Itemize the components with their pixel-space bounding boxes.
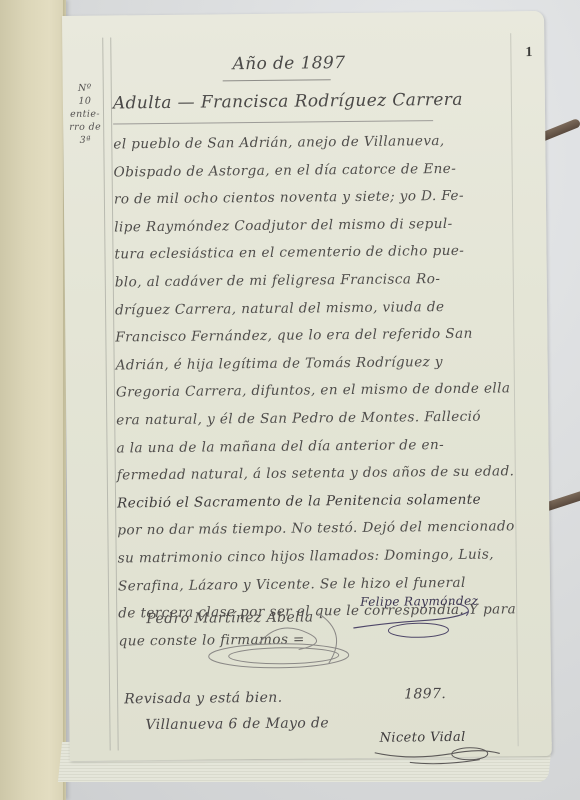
entry-heading-underline	[113, 120, 433, 124]
entry-line: Recibió el Sacramento de la Penitencia s…	[117, 486, 527, 518]
entry-line: a la una de la mañana del día anterior d…	[116, 431, 526, 463]
entry-line: Francisco Fernández, que lo era del refe…	[115, 320, 525, 352]
entry-line: su matrimonio cinco hijos llamados: Domi…	[118, 541, 528, 573]
margin-note-line: entie-	[67, 108, 103, 121]
revision-year: 1897.	[404, 686, 446, 702]
entry-line: Obispado de Astorga, en el día catorce d…	[114, 155, 524, 187]
entry-line: dríguez Carrera, natural del mismo, viud…	[115, 293, 525, 325]
margin-note-line: Nº	[67, 82, 103, 95]
left-page-edge	[0, 0, 66, 800]
entry-line: lipe Raymóndez Coadjutor del mismo di se…	[114, 210, 524, 242]
entry-line: Adrián, é hija legítima de Tomás Rodrígu…	[116, 348, 526, 380]
entry-line: era natural, y él de San Pedro de Montes…	[116, 403, 526, 435]
entry-line: Gregoria Carrera, difuntos, en el mismo …	[116, 376, 526, 408]
revision-note: Revisada y está bien.	[124, 690, 283, 708]
entry-number-margin-note: Nº 10 entie- rro de 3ª	[67, 82, 104, 147]
year-title: Año de 1897	[232, 53, 345, 74]
register-page: 1 Año de 1897 Nº 10 entie- rro de 3ª Adu…	[62, 11, 552, 761]
revision-place-date: Villanueva 6 de Mayo de	[145, 715, 329, 733]
margin-note-line: 3ª	[67, 134, 103, 147]
entry-heading: Adulta — Francisca Rodríguez Carrera	[113, 90, 463, 114]
priest-signature-flourish-icon	[348, 602, 478, 643]
margin-note-line: rro de	[67, 121, 103, 134]
page-number: 1	[525, 45, 532, 61]
entry-body: el pueblo de San Adrián, anejo de Villan…	[113, 127, 528, 656]
entry-line: el pueblo de San Adrián, anejo de Villan…	[113, 127, 523, 159]
signature-flourish-icon	[198, 613, 369, 675]
entry-line: tura eclesiástica en el cementerio de di…	[114, 238, 524, 270]
entry-line: por no dar más tiempo. No testó. Dejó de…	[117, 513, 527, 545]
entry-line: fermedad natural, á los setenta y dos añ…	[117, 458, 527, 490]
margin-note-line: 10	[67, 95, 103, 108]
revisor-flourish-icon	[370, 739, 510, 768]
margin-rule-line	[102, 38, 110, 751]
year-title-underline	[223, 79, 331, 81]
entry-line: blo, al cadáver de mi feligresa Francisc…	[115, 265, 525, 297]
entry-line: ro de mil ocho cientos noventa y siete; …	[114, 182, 524, 214]
